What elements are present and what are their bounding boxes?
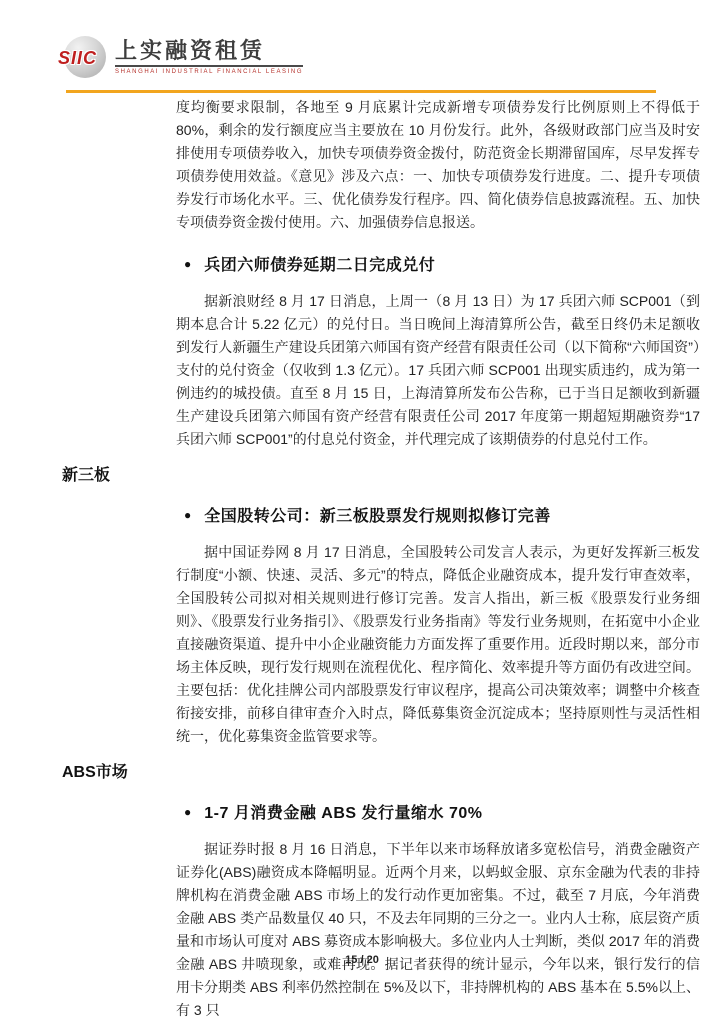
news-title-guquan: 全国股转公司：新三板股票发行规则拟修订完善 (204, 503, 551, 526)
bullet-icon: ● (184, 509, 191, 521)
logo-name-en: SHANGHAI INDUSTRIAL FINANCIAL LEASING (115, 69, 303, 75)
document-body: 度均衡要求限制，各地至 9 月底累计完成新增专项债券发行比例原则上不得低于 80… (62, 96, 702, 1022)
header-rule (66, 90, 656, 93)
logo-abbr: SIIC (58, 48, 97, 69)
bullet-icon: ● (184, 258, 191, 270)
news-title-bingtuan: 兵团六师债券延期二日完成兑付 (204, 252, 435, 275)
document-page: SIIC 上实融资租赁 SHANGHAI INDUSTRIAL FINANCIA… (0, 0, 724, 1023)
intro-paragraph: 度均衡要求限制，各地至 9 月底累计完成新增专项债券发行比例原则上不得低于 80… (176, 96, 700, 234)
news-item-heading: ● 1-7 月消费金融 ABS 发行量缩水 70% (184, 800, 702, 823)
section-heading-abs: ABS市场 (62, 759, 702, 782)
news-item-heading: ● 全国股转公司：新三板股票发行规则拟修订完善 (184, 503, 702, 526)
page-number: 15 / 20 (345, 954, 379, 966)
bullet-icon: ● (184, 806, 191, 818)
news-item-heading: ● 兵团六师债券延期二日完成兑付 (184, 252, 702, 275)
news-body-abs: 据证券时报 8 月 16 日消息，下半年以来市场释放诸多宽松信号，消费金融资产证… (176, 838, 700, 1022)
logo-name-cn: 上实融资租赁 (115, 39, 303, 67)
news-body-bingtuan: 据新浪财经 8 月 17 日消息，上周一（8 月 13 日）为 17 兵团六师 … (176, 290, 700, 451)
news-title-abs: 1-7 月消费金融 ABS 发行量缩水 70% (204, 800, 482, 823)
section-heading-xinsanban: 新三板 (62, 462, 702, 485)
news-body-guquan: 据中国证券网 8 月 17 日消息，全国股转公司发言人表示，为更好发挥新三板发行… (176, 541, 700, 748)
globe-icon: SIIC (64, 36, 106, 78)
logo-text: 上实融资租赁 SHANGHAI INDUSTRIAL FINANCIAL LEA… (115, 39, 303, 75)
page-footer: 15 / 20 (0, 950, 724, 968)
company-logo: SIIC 上实融资租赁 SHANGHAI INDUSTRIAL FINANCIA… (64, 36, 303, 78)
